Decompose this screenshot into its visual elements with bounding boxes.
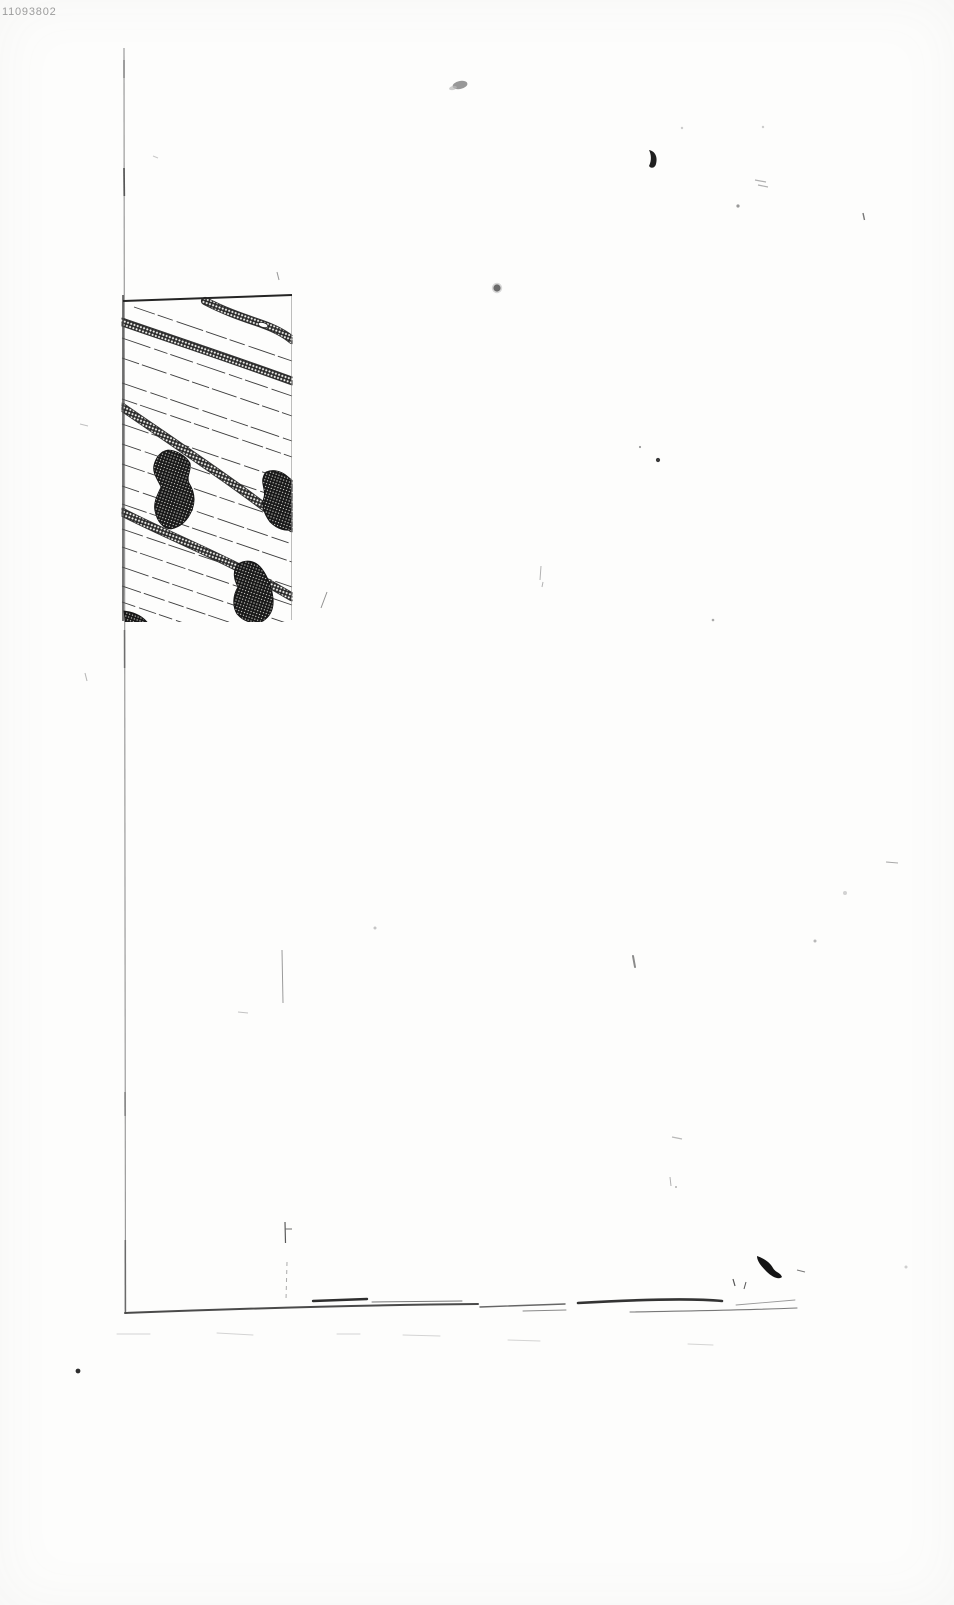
vertical-margin-rule-line (124, 48, 126, 1313)
beaded-strata-bands (122, 301, 292, 597)
engraving-fragment (122, 295, 293, 636)
scanned-page: 11093802 (0, 0, 954, 1605)
ink-specks (76, 80, 908, 1374)
faint-vertical-strokes (282, 950, 292, 1300)
page-marks-canvas (0, 0, 954, 1605)
dark-inclusion-blobs (124, 450, 293, 629)
sketchy-bottom-rule (117, 1299, 797, 1345)
